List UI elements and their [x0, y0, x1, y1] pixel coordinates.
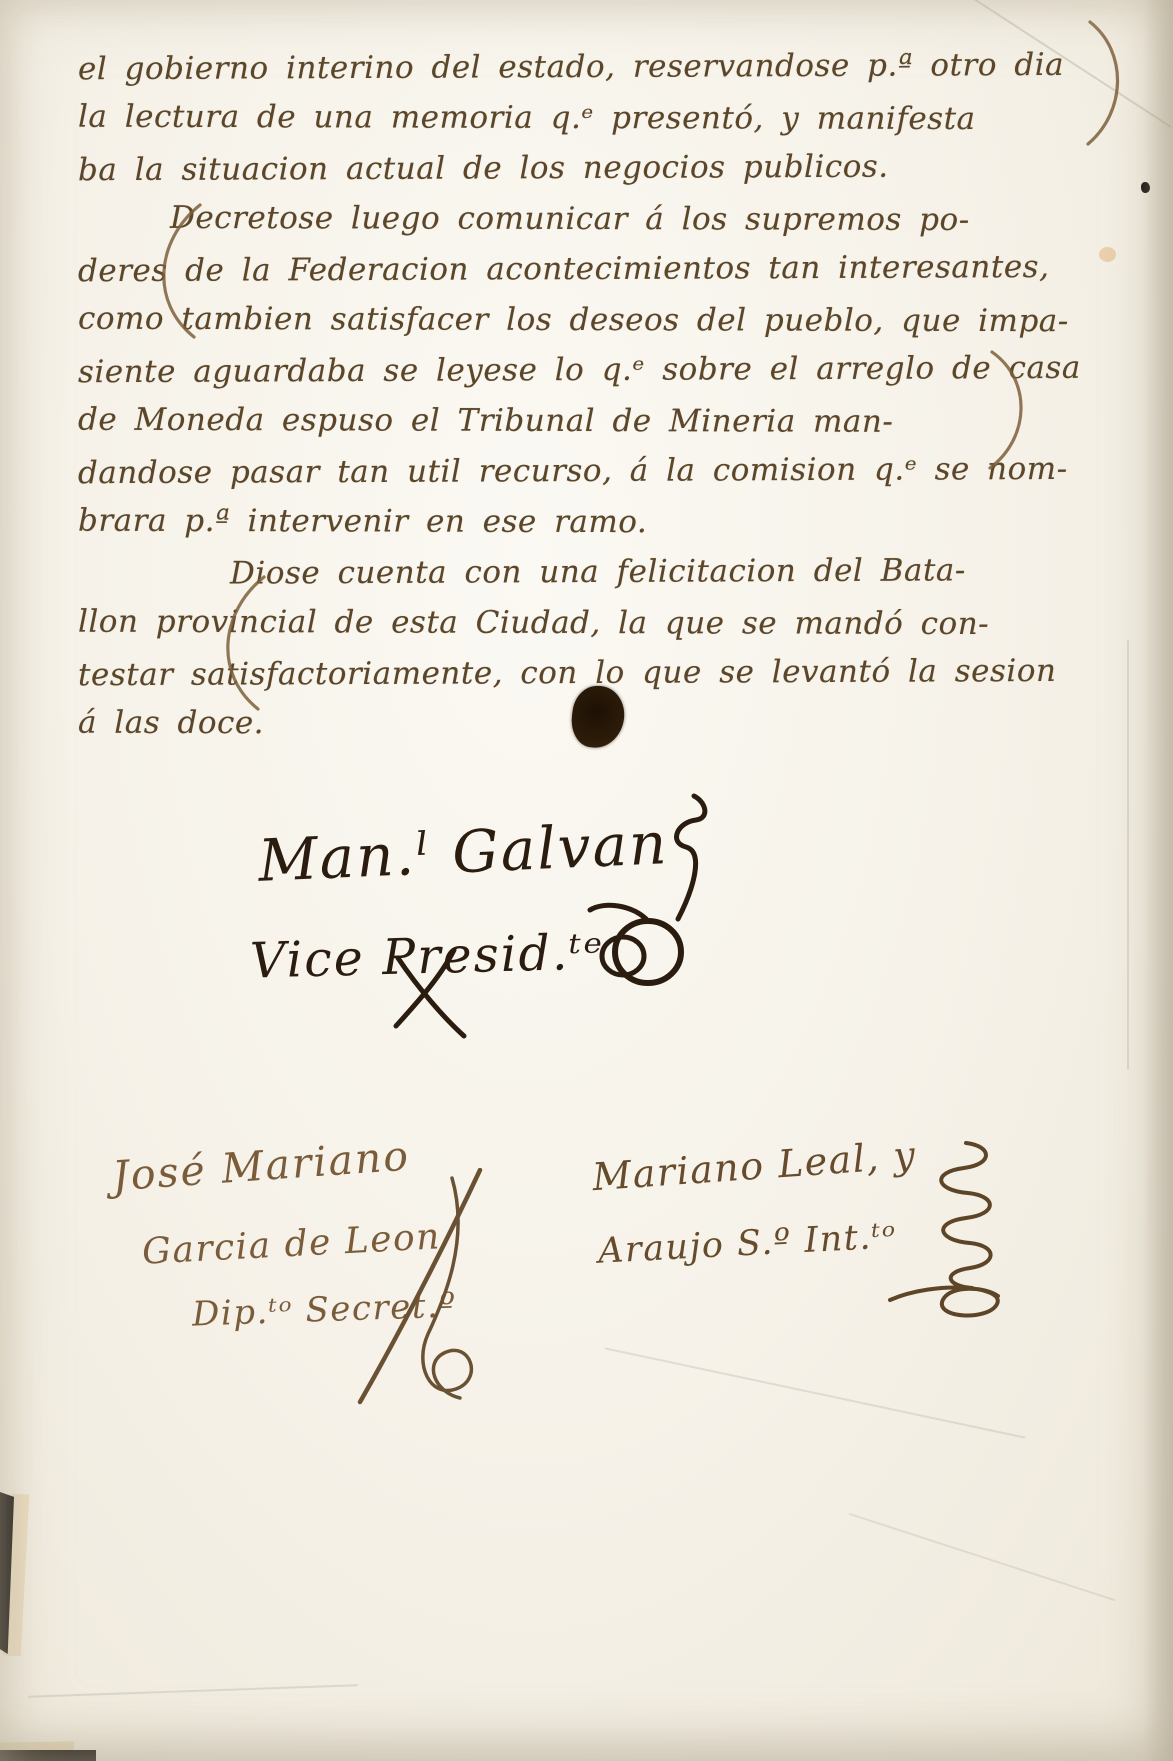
manuscript-line: Decretose luego comunicar á los supremos…: [78, 192, 1094, 245]
flourish-curl-icon: [1082, 18, 1134, 152]
scan-edge-shadow: [1143, 0, 1173, 1761]
vice-president-cross-rubric-icon: [384, 944, 474, 1048]
manuscript-line: como tambien satisfacer los deseos del p…: [78, 293, 1094, 346]
manuscript-page: el gobierno interino del estado, reserva…: [0, 0, 1173, 1761]
paper-crease: [1127, 640, 1129, 1070]
manuscript-line: brara p.ª intervenir en ese ramo.: [78, 495, 1094, 548]
interim-secretary-signature-line2: Araujo S.º Int.ᵗᵒ: [597, 1216, 898, 1272]
manuscript-line: la lectura de una memoria q.ᵉ presentó, …: [78, 91, 1094, 144]
manuscript-line: siente aguardaba se leyese lo q.ᵉ sobre …: [78, 343, 1094, 398]
paper-crease: [28, 1684, 358, 1698]
manuscript-line: deres de la Federacion acontecimientos t…: [78, 242, 1094, 297]
paper-stain: [1099, 247, 1116, 262]
manuscript-line: de Moneda espuso el Tribunal de Mineria …: [78, 394, 1094, 447]
interim-secretary-signature-line1: Mariano Leal, y: [591, 1133, 918, 1200]
flourish-curl-icon: [210, 572, 270, 718]
vice-president-circle-rubric-icon: [560, 896, 692, 1000]
paper-crease: [604, 1347, 1025, 1438]
manuscript-line: ba la situacion actual de los negocios p…: [78, 141, 1094, 196]
flourish-curl-icon: [986, 348, 1038, 476]
manuscript-line: dandose pasar tan util recurso, á la com…: [78, 444, 1094, 499]
interim-secretary-rubric-icon: [880, 1138, 1025, 1337]
bottom-corner-dark-mark: [0, 1750, 96, 1761]
deputy-secretary-rubric-icon: [352, 1168, 502, 1424]
manuscript-line: el gobierno interino del estado, reserva…: [78, 40, 1094, 95]
flourish-curl-icon: [146, 200, 206, 346]
paper-crease: [849, 1513, 1116, 1601]
vice-president-signature: Man.ˡ Galvan: [257, 809, 670, 895]
